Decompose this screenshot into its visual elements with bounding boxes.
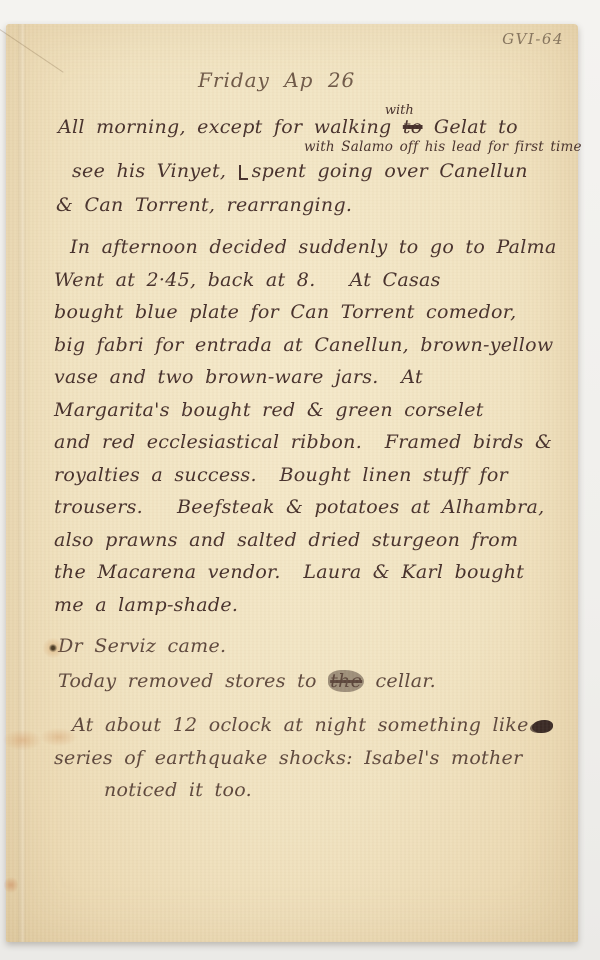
paragraph-palma-trip: In afternoon decided suddenly to go to P… — [54, 232, 574, 622]
entry-line: also prawns and salted dried sturgeon fr… — [54, 525, 574, 558]
struck-word: the — [328, 670, 364, 692]
paragraph-cellar: Today removed stores to the cellar. — [58, 666, 436, 699]
line-text: see his Vinyet, — [72, 160, 238, 182]
line-text: Today removed stores to — [58, 670, 328, 692]
stain-edge-spot — [4, 876, 18, 894]
entry-line: bought blue plate for Can Torrent comedo… — [54, 297, 574, 330]
entry-line: noticed it too. — [104, 775, 574, 808]
entry-line: the Macarena vendor. Laura & Karl bought — [54, 557, 574, 590]
entry-line: royalties a success. Bought linen stuff … — [54, 460, 574, 493]
line-text: At about 12 oclock at night something li… — [72, 714, 529, 736]
interline-insertion: with Salamo off his lead for first time — [304, 139, 582, 157]
paragraph-earthquake: At about 12 oclock at night something li… — [54, 710, 574, 808]
line-text: spent going over Canellun — [252, 160, 528, 182]
entry-line: big fabri for entrada at Canellun, brown… — [54, 330, 574, 363]
entry-date-heading: Friday Ap 26 — [198, 68, 355, 92]
ink-blot — [532, 720, 553, 733]
inserted-word-above: with — [385, 96, 414, 126]
entry-line: Went at 2·45, back at 8. At Casas — [54, 265, 574, 298]
fold-crease — [0, 28, 64, 72]
entry-line: series of earthquake shocks: Isabel's mo… — [54, 743, 574, 776]
entry-line: vase and two brown-ware jars. At — [54, 362, 574, 395]
diary-page: GVI-64 Friday Ap 26 All morning, except … — [6, 24, 578, 942]
entry-line: At about 12 oclock at night something li… — [72, 710, 574, 743]
entry-line: Margarita's bought red & green corselet — [54, 395, 574, 428]
insertion-caret-icon — [239, 165, 248, 180]
entry-line: see his Vinyet, spent going over Canellu… — [72, 156, 528, 189]
entry-line: trousers. Beefsteak & potatoes at Alhamb… — [54, 492, 574, 525]
entry-line: me a lamp-shade. — [54, 590, 574, 623]
stain-speck — [43, 638, 63, 658]
paragraph-doctor: Dr Serviz came. — [58, 631, 226, 664]
archive-label: GVI-64 — [502, 30, 564, 48]
scan-background: { "scan": { "archive_label": "GVI-64", "… — [0, 0, 600, 960]
entry-line: In afternoon decided suddenly to go to P… — [70, 232, 574, 265]
line-text: cellar. — [364, 670, 436, 692]
entry-line: & Can Torrent, rearranging. — [56, 190, 352, 223]
line-text: Gelat to — [423, 116, 518, 138]
struck-word-wrap: withto — [403, 112, 423, 142]
line-text: All morning, except for walking — [58, 116, 403, 138]
entry-line: and red ecclesiastical ribbon. Framed bi… — [54, 427, 574, 460]
